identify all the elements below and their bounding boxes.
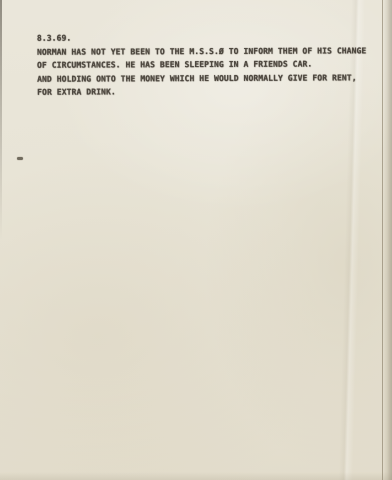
date-line: 8.3.69. bbox=[37, 30, 377, 45]
paper-edge-bottom bbox=[0, 472, 392, 480]
typed-line: AND HOLDING ONTO THE MONEY WHICH HE WOUL… bbox=[37, 71, 377, 86]
typed-line: OF CIRCUMSTANCES. HE HAS BEEN SLEEPING I… bbox=[37, 57, 377, 72]
typed-line: NORMAN HAS NOT YET BEEN TO THE M.S.S.Ø T… bbox=[37, 44, 377, 59]
scanned-document: 8.3.69. NORMAN HAS NOT YET BEEN TO THE M… bbox=[0, 0, 392, 480]
typed-text-block: 8.3.69. NORMAN HAS NOT YET BEEN TO THE M… bbox=[37, 30, 377, 99]
paper-edge-right bbox=[382, 0, 392, 480]
scan-edge-left bbox=[0, 0, 2, 240]
typed-line: FOR EXTRA DRINK. bbox=[37, 85, 377, 100]
ink-speck bbox=[17, 157, 23, 160]
